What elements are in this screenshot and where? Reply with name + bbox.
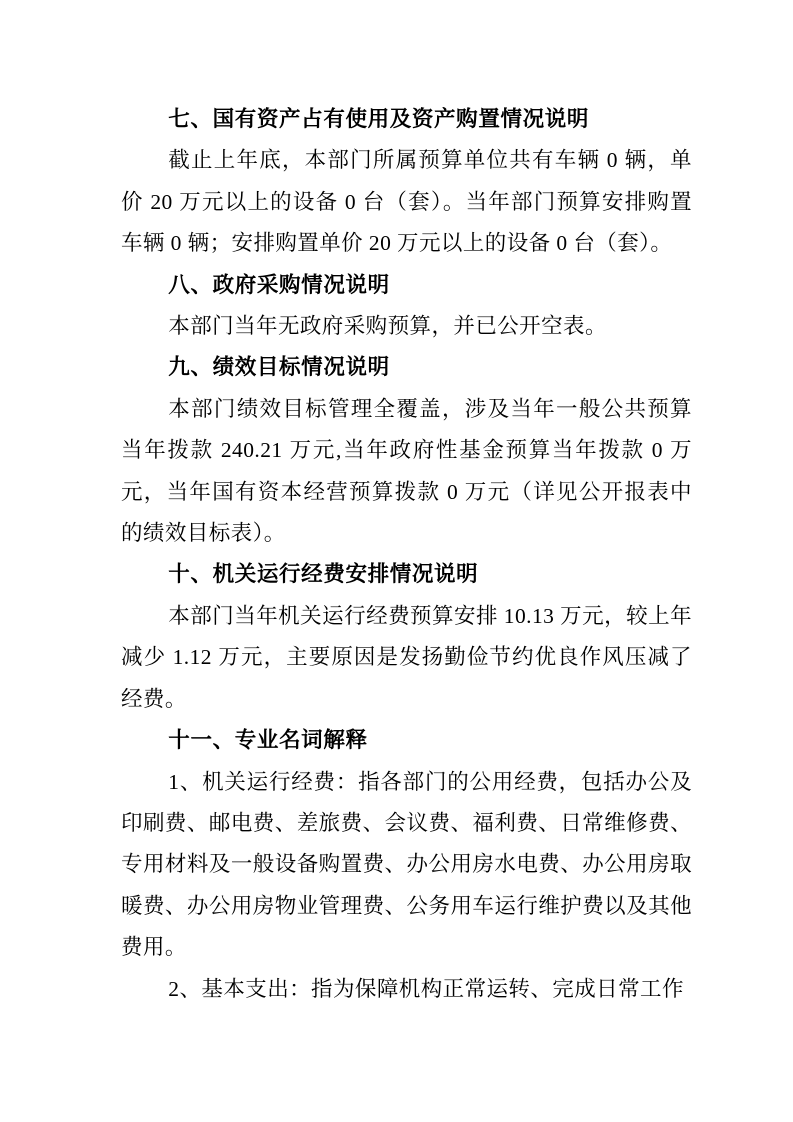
section-paragraph: 本部门当年无政府采购预算，并已公开空表。 (121, 306, 692, 347)
document-body: 七、国有资产占有使用及资产购置情况说明截止上年底，本部门所属预算单位共有车辆 0… (121, 99, 692, 1010)
section-paragraph: 本部门当年机关运行经费预算安排 10.13 万元，较上年减少 1.12 万元，主… (121, 596, 692, 720)
section-heading: 十一、专业名词解释 (121, 720, 692, 761)
section-heading: 七、国有资产占有使用及资产购置情况说明 (121, 99, 692, 140)
section-paragraph: 1、机关运行经费：指各部门的公用经费，包括办公及印刷费、邮电费、差旅费、会议费、… (121, 762, 692, 969)
document-page: 七、国有资产占有使用及资产购置情况说明截止上年底，本部门所属预算单位共有车辆 0… (0, 0, 793, 1122)
section-paragraph: 截止上年底，本部门所属预算单位共有车辆 0 辆，单价 20 万元以上的设备 0 … (121, 140, 692, 264)
section-heading: 八、政府采购情况说明 (121, 265, 692, 306)
section-heading: 九、绩效目标情况说明 (121, 347, 692, 388)
section-heading: 十、机关运行经费安排情况说明 (121, 554, 692, 595)
section-paragraph: 本部门绩效目标管理全覆盖，涉及当年一般公共预算当年拨款 240.21 万元,当年… (121, 389, 692, 555)
section-paragraph: 2、基本支出：指为保障机构正常运转、完成日常工作 (121, 969, 692, 1010)
